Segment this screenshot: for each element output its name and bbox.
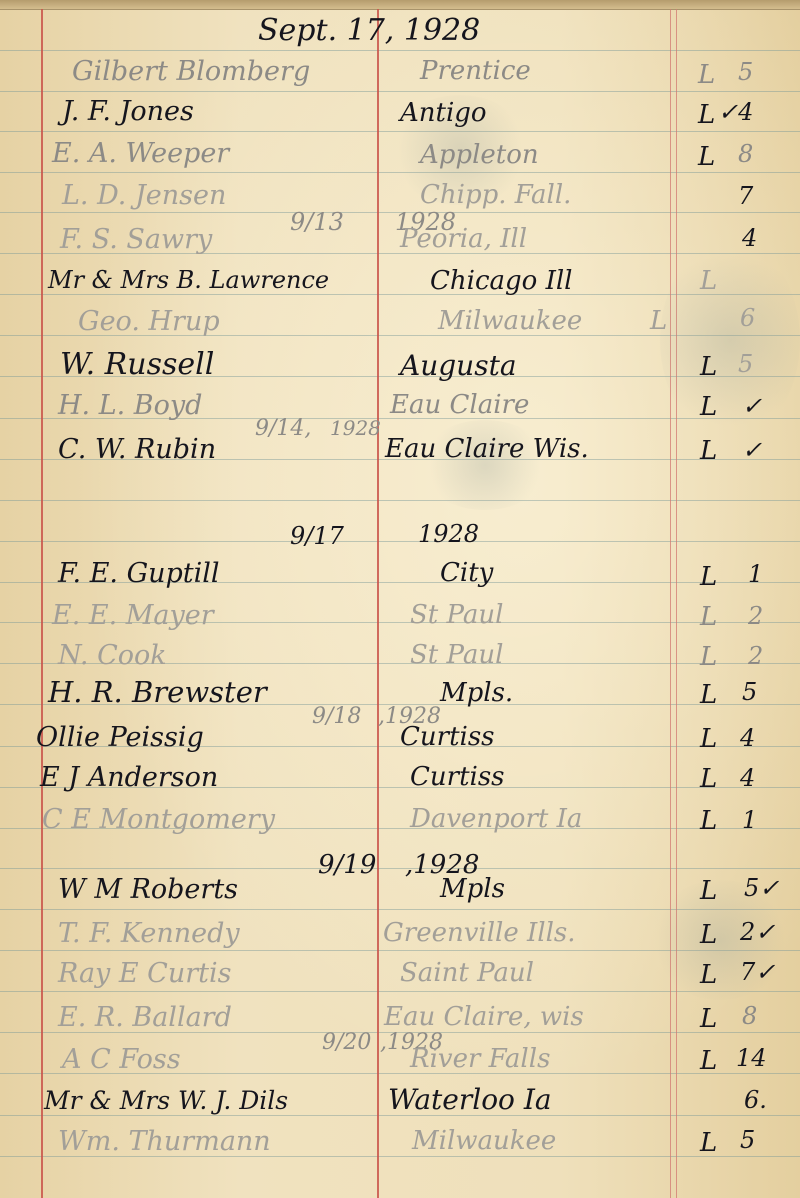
entry-mark: L bbox=[700, 604, 717, 630]
room-number: 5 bbox=[738, 352, 753, 376]
guest-residence: Curtiss bbox=[410, 764, 505, 790]
guest-residence: Milwaukee bbox=[412, 1128, 556, 1154]
guest-name: F. S. Sawry bbox=[60, 226, 212, 253]
section-date: 9/20 bbox=[322, 1032, 371, 1054]
guest-residence: Eau Claire, wis bbox=[384, 1004, 584, 1030]
entry-mark: L bbox=[700, 394, 717, 420]
entry-mark: L bbox=[700, 878, 717, 904]
guest-residence: Chicago Ill bbox=[430, 268, 572, 294]
section-date: 9/17 bbox=[290, 524, 344, 548]
water-stain bbox=[660, 240, 800, 440]
room-number: 4 bbox=[742, 226, 757, 250]
section-year: 1928 bbox=[418, 522, 479, 546]
guest-name: E. E. Mayer bbox=[52, 602, 214, 629]
guest-residence: Waterloo Ia bbox=[388, 1086, 552, 1114]
room-number: 1 bbox=[742, 808, 757, 832]
entry-mark: L bbox=[700, 962, 717, 988]
guest-name: Mr & Mrs W. J. Dils bbox=[44, 1088, 288, 1113]
guest-residence: Appleton bbox=[420, 142, 539, 168]
guest-residence: Prentice bbox=[420, 58, 531, 84]
guest-name: W. Russell bbox=[60, 350, 214, 380]
ledger-page: Sept. 17, 1928 Gilbert Blomberg Prentice… bbox=[0, 0, 800, 1198]
entry-mark: L bbox=[700, 1130, 717, 1156]
header-date: Sept. 17, 1928 bbox=[258, 16, 480, 46]
room-number: 4 bbox=[740, 726, 755, 750]
room-number: 2✓ bbox=[740, 920, 775, 944]
ruling-line bbox=[0, 50, 800, 51]
left-margin-rule bbox=[41, 9, 43, 1198]
guest-residence: Milwaukee bbox=[438, 308, 582, 334]
guest-name: H. L. Boyd bbox=[58, 392, 202, 419]
guest-residence: Chipp. Fall. bbox=[420, 182, 571, 208]
guest-name: E J Anderson bbox=[40, 764, 218, 791]
guest-name: L. D. Jensen bbox=[62, 182, 226, 209]
entry-mark: L bbox=[700, 682, 717, 708]
room-number: 8 bbox=[738, 142, 753, 166]
room-number: 2 bbox=[748, 644, 763, 668]
room-number: 5 bbox=[740, 1128, 755, 1152]
room-column-rule bbox=[670, 9, 671, 1198]
guest-residence: Eau Claire Wis. bbox=[385, 436, 589, 462]
entry-mark: L bbox=[700, 808, 717, 834]
guest-residence: Greenville Ills. bbox=[383, 920, 576, 946]
room-number: 6 bbox=[740, 306, 755, 330]
guest-residence: Eau Claire bbox=[390, 392, 529, 418]
ruling-line bbox=[0, 500, 800, 501]
entry-mark: L bbox=[650, 308, 667, 334]
guest-residence: City bbox=[440, 560, 493, 586]
guest-name: E. A. Weeper bbox=[52, 140, 229, 167]
guest-name: T. F. Kennedy bbox=[58, 920, 240, 947]
guest-name: W M Roberts bbox=[58, 876, 238, 903]
room-number: ✓ bbox=[742, 394, 762, 418]
guest-residence: River Falls bbox=[410, 1046, 550, 1072]
guest-name: Mr & Mrs B. Lawrence bbox=[48, 268, 329, 292]
entry-mark: L bbox=[698, 102, 715, 128]
guest-name: A C Foss bbox=[62, 1046, 181, 1073]
section-date: 9/14, bbox=[255, 418, 311, 440]
guest-name: H. R. Brewster bbox=[48, 678, 267, 707]
guest-residence: St Paul bbox=[410, 602, 503, 628]
guest-name: C E Montgomery bbox=[42, 806, 275, 833]
room-number: 5 bbox=[742, 680, 757, 704]
guest-residence: Augusta bbox=[400, 352, 517, 380]
entry-mark: L bbox=[700, 922, 717, 948]
guest-name: Ray E Curtis bbox=[58, 960, 231, 987]
guest-name: Gilbert Blomberg bbox=[72, 58, 310, 85]
room-number: 7✓ bbox=[740, 960, 775, 984]
guest-name: E. R. Ballard bbox=[58, 1004, 232, 1031]
guest-residence: Curtiss bbox=[400, 724, 495, 750]
ruling-line bbox=[0, 541, 800, 542]
entry-mark: L bbox=[698, 144, 715, 170]
guest-name: J. F. Jones bbox=[62, 98, 194, 125]
room-number: ✓ bbox=[742, 438, 762, 462]
entry-mark: L bbox=[700, 564, 717, 590]
room-number: 14 bbox=[736, 1046, 767, 1070]
ruling-line bbox=[0, 868, 800, 869]
room-number: 1 bbox=[748, 562, 763, 586]
guest-residence: St Paul bbox=[410, 642, 503, 668]
guest-residence: Antigo bbox=[400, 100, 487, 126]
section-date: 9/13 bbox=[290, 210, 344, 234]
room-column-rule bbox=[676, 9, 677, 1198]
room-number: 5 bbox=[738, 60, 753, 84]
entry-mark: L bbox=[700, 438, 717, 464]
guest-name: N. Cook bbox=[58, 642, 167, 669]
guest-name: Geo. Hrup bbox=[78, 308, 220, 335]
entry-mark: L bbox=[700, 354, 717, 380]
column-divider-rule bbox=[377, 9, 379, 1198]
guest-residence: Mpls. bbox=[440, 680, 513, 706]
section-date: 9/19 bbox=[318, 852, 376, 878]
entry-mark: L bbox=[700, 644, 717, 670]
guest-name: Wm. Thurmann bbox=[58, 1128, 271, 1155]
room-number: 7 bbox=[738, 184, 753, 208]
room-number: 8 bbox=[742, 1004, 757, 1028]
entry-mark: L bbox=[700, 766, 717, 792]
entry-mark: L bbox=[700, 1006, 717, 1032]
room-number: 4 bbox=[740, 766, 755, 790]
room-number: ✓4 bbox=[718, 100, 753, 124]
entry-mark: L bbox=[700, 1048, 717, 1074]
room-number: 5✓ bbox=[744, 876, 779, 900]
entry-mark: L bbox=[700, 268, 717, 294]
section-year: 1928 bbox=[330, 418, 381, 438]
page-top-edge bbox=[0, 0, 800, 10]
guest-residence: Peoria, Ill bbox=[400, 226, 527, 252]
guest-residence: Mpls bbox=[440, 876, 505, 902]
section-date: 9/18 bbox=[312, 706, 361, 728]
entry-mark: L bbox=[700, 726, 717, 752]
entry-mark: L bbox=[698, 62, 715, 88]
guest-name: F. E. Guptill bbox=[58, 560, 220, 587]
guest-residence: Saint Paul bbox=[400, 960, 534, 986]
guest-name: Ollie Peissig bbox=[36, 724, 204, 751]
guest-name: C. W. Rubin bbox=[58, 436, 216, 463]
ruling-line bbox=[0, 91, 800, 92]
room-number: 2 bbox=[748, 604, 763, 628]
guest-residence: Davenport Ia bbox=[410, 806, 582, 832]
ruling-line bbox=[0, 991, 800, 992]
room-number: 6. bbox=[744, 1088, 767, 1112]
